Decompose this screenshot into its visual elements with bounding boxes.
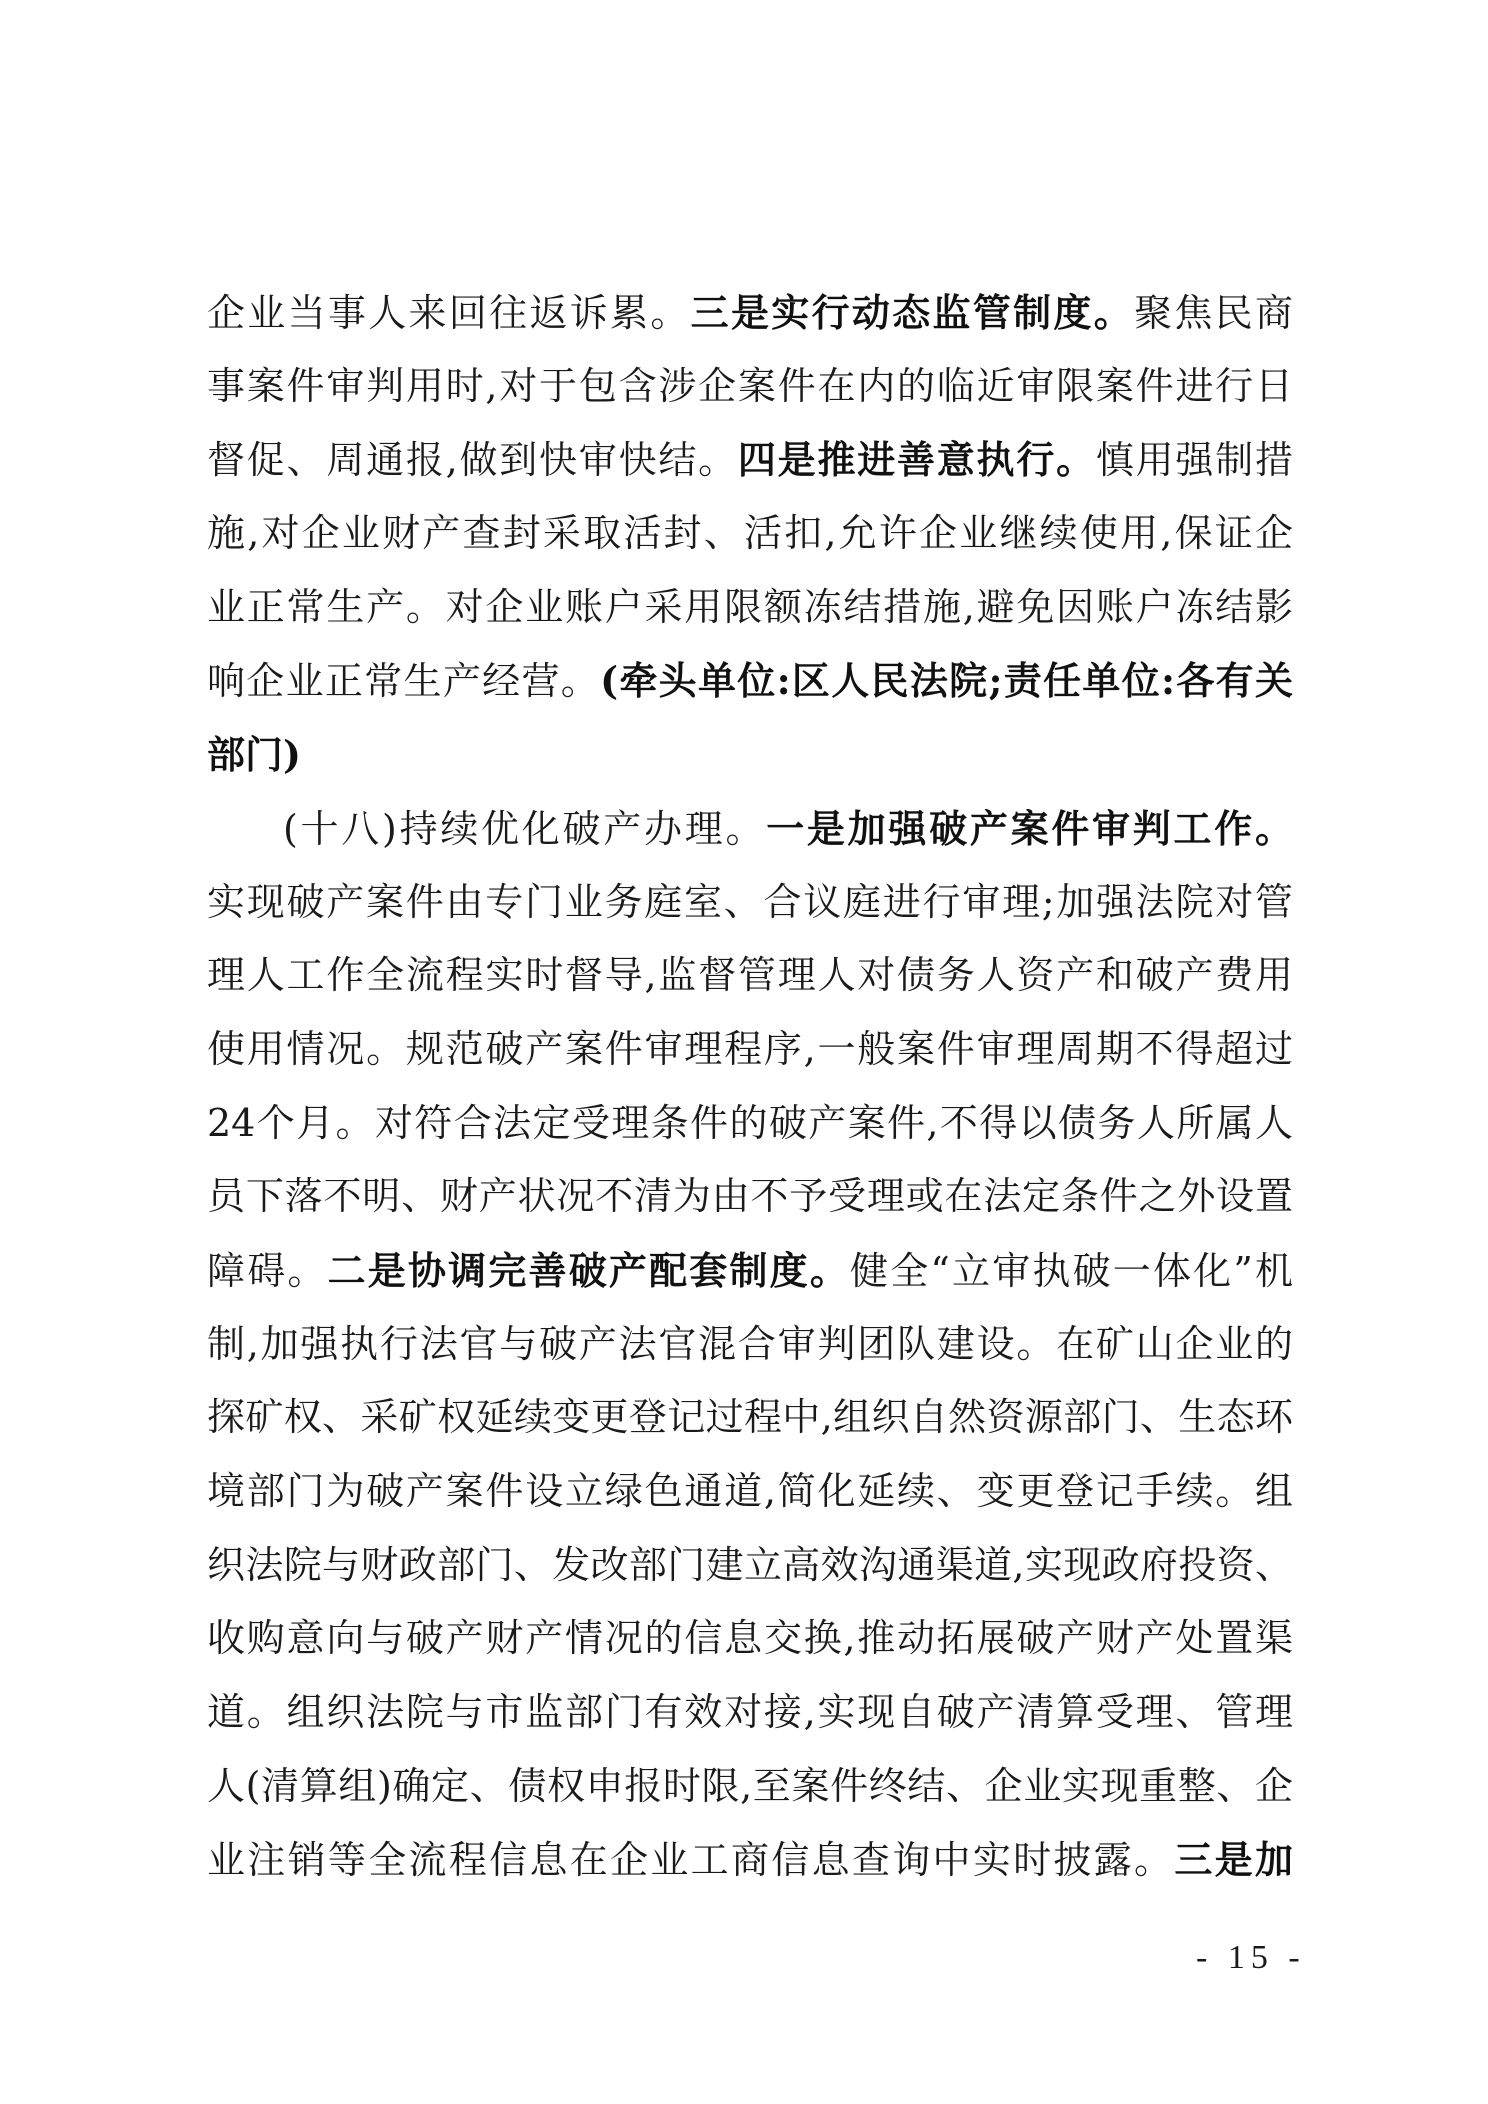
text-line: 督促、周通报,做到快审快结。四是推进善意执行。慎用强制措 bbox=[207, 423, 1293, 497]
body-text-segment: 实现破产案件由专门业务庭室、合议庭进行审理;加强法院对管 bbox=[207, 880, 1293, 924]
text-line: 24个月。对符合法定受理条件的破产案件,不得以债务人所属人 bbox=[207, 1087, 1293, 1161]
text-line: 部门) bbox=[207, 718, 1293, 792]
body-text-segment: 健全“立审执破一体化”机 bbox=[850, 1249, 1293, 1293]
body-text-segment: 员下落不明、财产状况不清为由不予受理或在法定条件之外设置 bbox=[207, 1174, 1293, 1218]
body-text-segment: 探矿权、采矿权延续变更登记过程中,组织自然资源部门、生态环 bbox=[207, 1395, 1293, 1439]
body-text-segment: 制,加强执行法官与破产法官混合审判团队建设。在矿山企业的 bbox=[207, 1322, 1293, 1366]
body-text-segment: 境部门为破产案件设立绿色通道,简化延续、变更登记手续。组 bbox=[207, 1469, 1293, 1513]
emphasis-text: (牵头单位:区人民法院;责任单位:各有关 bbox=[600, 658, 1293, 703]
emphasis-text: 一是加强破产案件审判工作。 bbox=[766, 806, 1293, 851]
body-text-segment: 施,对企业财产查封采取活封、活扣,允许企业继续使用,保证企 bbox=[207, 511, 1293, 555]
body-text-segment: 使用情况。规范破产案件审理程序,一般案件审理周期不得超过 bbox=[207, 1027, 1293, 1071]
body-text-segment: 企业当事人来回往返诉累。 bbox=[207, 291, 691, 335]
body-text-segment: 人(清算组)确定、债权申报时限,至案件终结、企业实现重整、企 bbox=[207, 1764, 1293, 1808]
body-text-segment: 督促、周通报,做到快审快结。 bbox=[207, 438, 738, 482]
text-line: 收购意向与破产财产情况的信息交换,推动拓展破产财产处置渠 bbox=[207, 1602, 1293, 1676]
text-line: 使用情况。规范破产案件审理程序,一般案件审理周期不得超过 bbox=[207, 1013, 1293, 1087]
text-line: 人(清算组)确定、债权申报时限,至案件终结、企业实现重整、企 bbox=[207, 1750, 1293, 1824]
body-text-segment: 聚焦民商 bbox=[1134, 291, 1293, 335]
text-line: 业正常生产。对企业账户采用限额冻结措施,避免因账户冻结影 bbox=[207, 571, 1293, 645]
text-line: 事案件审判用时,对于包含涉企案件在内的临近审限案件进行日 bbox=[207, 350, 1293, 424]
body-text-segment: 慎用强制措 bbox=[1096, 438, 1293, 482]
text-line: 理人工作全流程实时督导,监督管理人对债务人资产和破产费用 bbox=[207, 939, 1293, 1013]
body-text-segment: 24个月。对符合法定受理条件的破产案件,不得以债务人所属人 bbox=[207, 1101, 1293, 1145]
body-text-segment: 织法院与财政部门、发改部门建立高效沟通渠道,实现政府投资、 bbox=[207, 1543, 1293, 1587]
emphasis-text: 四是推进善意执行。 bbox=[738, 437, 1096, 482]
text-line: 实现破产案件由专门业务庭室、合议庭进行审理;加强法院对管 bbox=[207, 866, 1293, 940]
body-text-segment: 道。组织法院与市监部门有效对接,实现自破产清算受理、管理 bbox=[207, 1690, 1293, 1734]
text-line: 道。组织法院与市监部门有效对接,实现自破产清算受理、管理 bbox=[207, 1676, 1293, 1750]
text-line: 施,对企业财产查封采取活封、活扣,允许企业继续使用,保证企 bbox=[207, 497, 1293, 571]
document-page: 企业当事人来回往返诉累。三是实行动态监管制度。聚焦民商事案件审判用时,对于包含涉… bbox=[0, 0, 1488, 2104]
body-text-segment: 障碍。 bbox=[207, 1249, 328, 1293]
body-text: 企业当事人来回往返诉累。三是实行动态监管制度。聚焦民商事案件审判用时,对于包含涉… bbox=[207, 276, 1293, 1897]
text-line: 业注销等全流程信息在企业工商信息查询中实时披露。三是加 bbox=[207, 1823, 1293, 1897]
body-text-segment: (十八)持续优化破产办理。 bbox=[283, 807, 766, 851]
text-line: 制,加强执行法官与破产法官混合审判团队建设。在矿山企业的 bbox=[207, 1308, 1293, 1382]
page-number: - 15 - bbox=[1196, 1938, 1306, 1978]
text-line: 障碍。二是协调完善破产配套制度。健全“立审执破一体化”机 bbox=[207, 1234, 1293, 1308]
body-text-segment: 业正常生产。对企业账户采用限额冻结措施,避免因账户冻结影 bbox=[207, 585, 1293, 629]
body-text-segment: 收购意向与破产财产情况的信息交换,推动拓展破产财产处置渠 bbox=[207, 1616, 1293, 1660]
text-line: 响企业正常生产经营。(牵头单位:区人民法院;责任单位:各有关 bbox=[207, 644, 1293, 718]
emphasis-text: 三是实行动态监管制度。 bbox=[691, 290, 1134, 335]
text-line: 境部门为破产案件设立绿色通道,简化延续、变更登记手续。组 bbox=[207, 1455, 1293, 1529]
paragraph-heading-line: (十八)持续优化破产办理。一是加强破产案件审判工作。 bbox=[207, 792, 1293, 866]
body-text-segment: 业注销等全流程信息在企业工商信息查询中实时披露。 bbox=[207, 1838, 1174, 1882]
emphasis-text: 部门) bbox=[207, 732, 301, 777]
text-line: 员下落不明、财产状况不清为由不予受理或在法定条件之外设置 bbox=[207, 1160, 1293, 1234]
text-line: 企业当事人来回往返诉累。三是实行动态监管制度。聚焦民商 bbox=[207, 276, 1293, 350]
emphasis-text: 三是加 bbox=[1174, 1837, 1293, 1882]
body-text-segment: 事案件审判用时,对于包含涉企案件在内的临近审限案件进行日 bbox=[207, 364, 1293, 408]
emphasis-text: 二是协调完善破产配套制度。 bbox=[328, 1248, 850, 1293]
text-line: 织法院与财政部门、发改部门建立高效沟通渠道,实现政府投资、 bbox=[207, 1529, 1293, 1603]
text-line: 探矿权、采矿权延续变更登记过程中,组织自然资源部门、生态环 bbox=[207, 1381, 1293, 1455]
body-text-segment: 理人工作全流程实时督导,监督管理人对债务人资产和破产费用 bbox=[207, 953, 1293, 997]
body-text-segment: 响企业正常生产经营。 bbox=[207, 659, 600, 703]
